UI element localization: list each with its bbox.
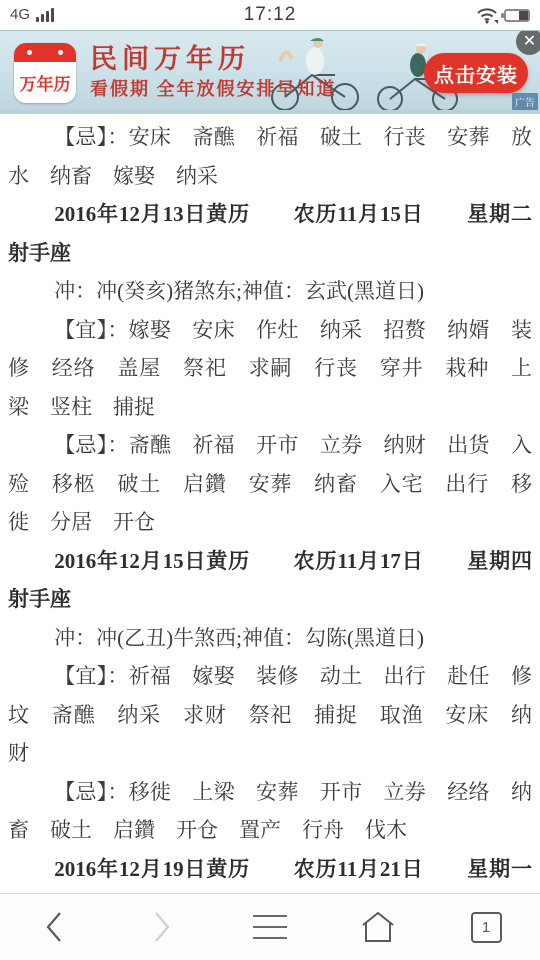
tab-count-badge: 1 xyxy=(471,912,502,943)
menu-button[interactable] xyxy=(240,902,300,952)
signal-strength-icon xyxy=(36,6,54,24)
close-ad-icon[interactable]: ✕ xyxy=(516,30,540,55)
ad-subtitle: 看假期 全年放假安排早知道 xyxy=(90,75,337,101)
calendar-icon-label: 万年历 xyxy=(14,70,76,95)
wifi-icon xyxy=(476,7,498,24)
almanac-paragraph: 冲：冲(乙丑)牛煞西;神值：勾陈(黑道日) xyxy=(8,619,532,658)
almanac-date-heading: 2016年12月19日黄历 农历11月21日 星期一 射手座 xyxy=(8,850,532,894)
network-type-label: 4G xyxy=(10,7,30,24)
ad-tag-badge: 广告 xyxy=(512,93,538,110)
phone-screen: 4G 17:12 xyxy=(0,0,540,960)
calendar-icon-header xyxy=(14,43,76,62)
tabs-button[interactable]: 1 xyxy=(456,902,516,952)
forward-button[interactable] xyxy=(132,902,192,952)
clock: 17:12 xyxy=(244,4,297,26)
almanac-paragraph: 【宜】：嫁娶 安床 作灶 纳采 招赘 纳婿 装修 经络 盖屋 祭祀 求嗣 行丧 … xyxy=(8,311,532,427)
almanac-paragraph: 【忌】：斋醮 祈福 开市 立券 纳财 出货 入殓 移柩 破土 启鑽 安葬 纳畜 … xyxy=(8,426,532,542)
battery-icon xyxy=(504,9,530,22)
home-icon xyxy=(360,911,396,943)
ad-title: 民间万年历 xyxy=(90,37,250,76)
back-button[interactable] xyxy=(24,902,84,952)
status-bar: 4G 17:12 xyxy=(0,0,540,30)
almanac-date-heading: 2016年12月15日黄历 农历11月17日 星期四 射手座 xyxy=(8,542,532,619)
almanac-paragraph: 【宜】：祈福 嫁娶 装修 动土 出行 赴任 修坟 斋醮 纳采 求财 祭祀 捕捉 … xyxy=(8,657,532,773)
almanac-paragraph: 【忌】：安床 斋醮 祈福 破土 行丧 安葬 放水 纳畜 嫁娶 纳采 xyxy=(8,118,532,195)
home-button[interactable] xyxy=(348,902,408,952)
almanac-paragraph: 冲：冲(癸亥)猪煞东;神值：玄武(黑道日) xyxy=(8,272,532,311)
almanac-content[interactable]: 【忌】：安床 斋醮 祈福 破土 行丧 安葬 放水 纳畜 嫁娶 纳采2016年12… xyxy=(0,114,540,893)
calendar-app-icon: 万年历 xyxy=(14,43,76,103)
browser-nav-bar: 1 xyxy=(0,893,540,960)
ad-banner[interactable]: 万年历 民间万年历 看假期 全年放假安排早知道 点击安装 ✕ 广告 xyxy=(0,30,540,114)
menu-icon xyxy=(252,914,288,940)
network-cluster: 4G xyxy=(10,6,54,24)
status-icons xyxy=(476,7,530,24)
install-button[interactable]: 点击安装 xyxy=(424,53,528,93)
forward-chevron-icon xyxy=(153,911,171,943)
back-chevron-icon xyxy=(45,911,63,943)
almanac-paragraph: 【忌】：移徙 上梁 安葬 开市 立券 经络 纳畜 破土 启鑽 开仓 置产 行舟 … xyxy=(8,773,532,850)
almanac-date-heading: 2016年12月13日黄历 农历11月15日 星期二 射手座 xyxy=(8,195,532,272)
